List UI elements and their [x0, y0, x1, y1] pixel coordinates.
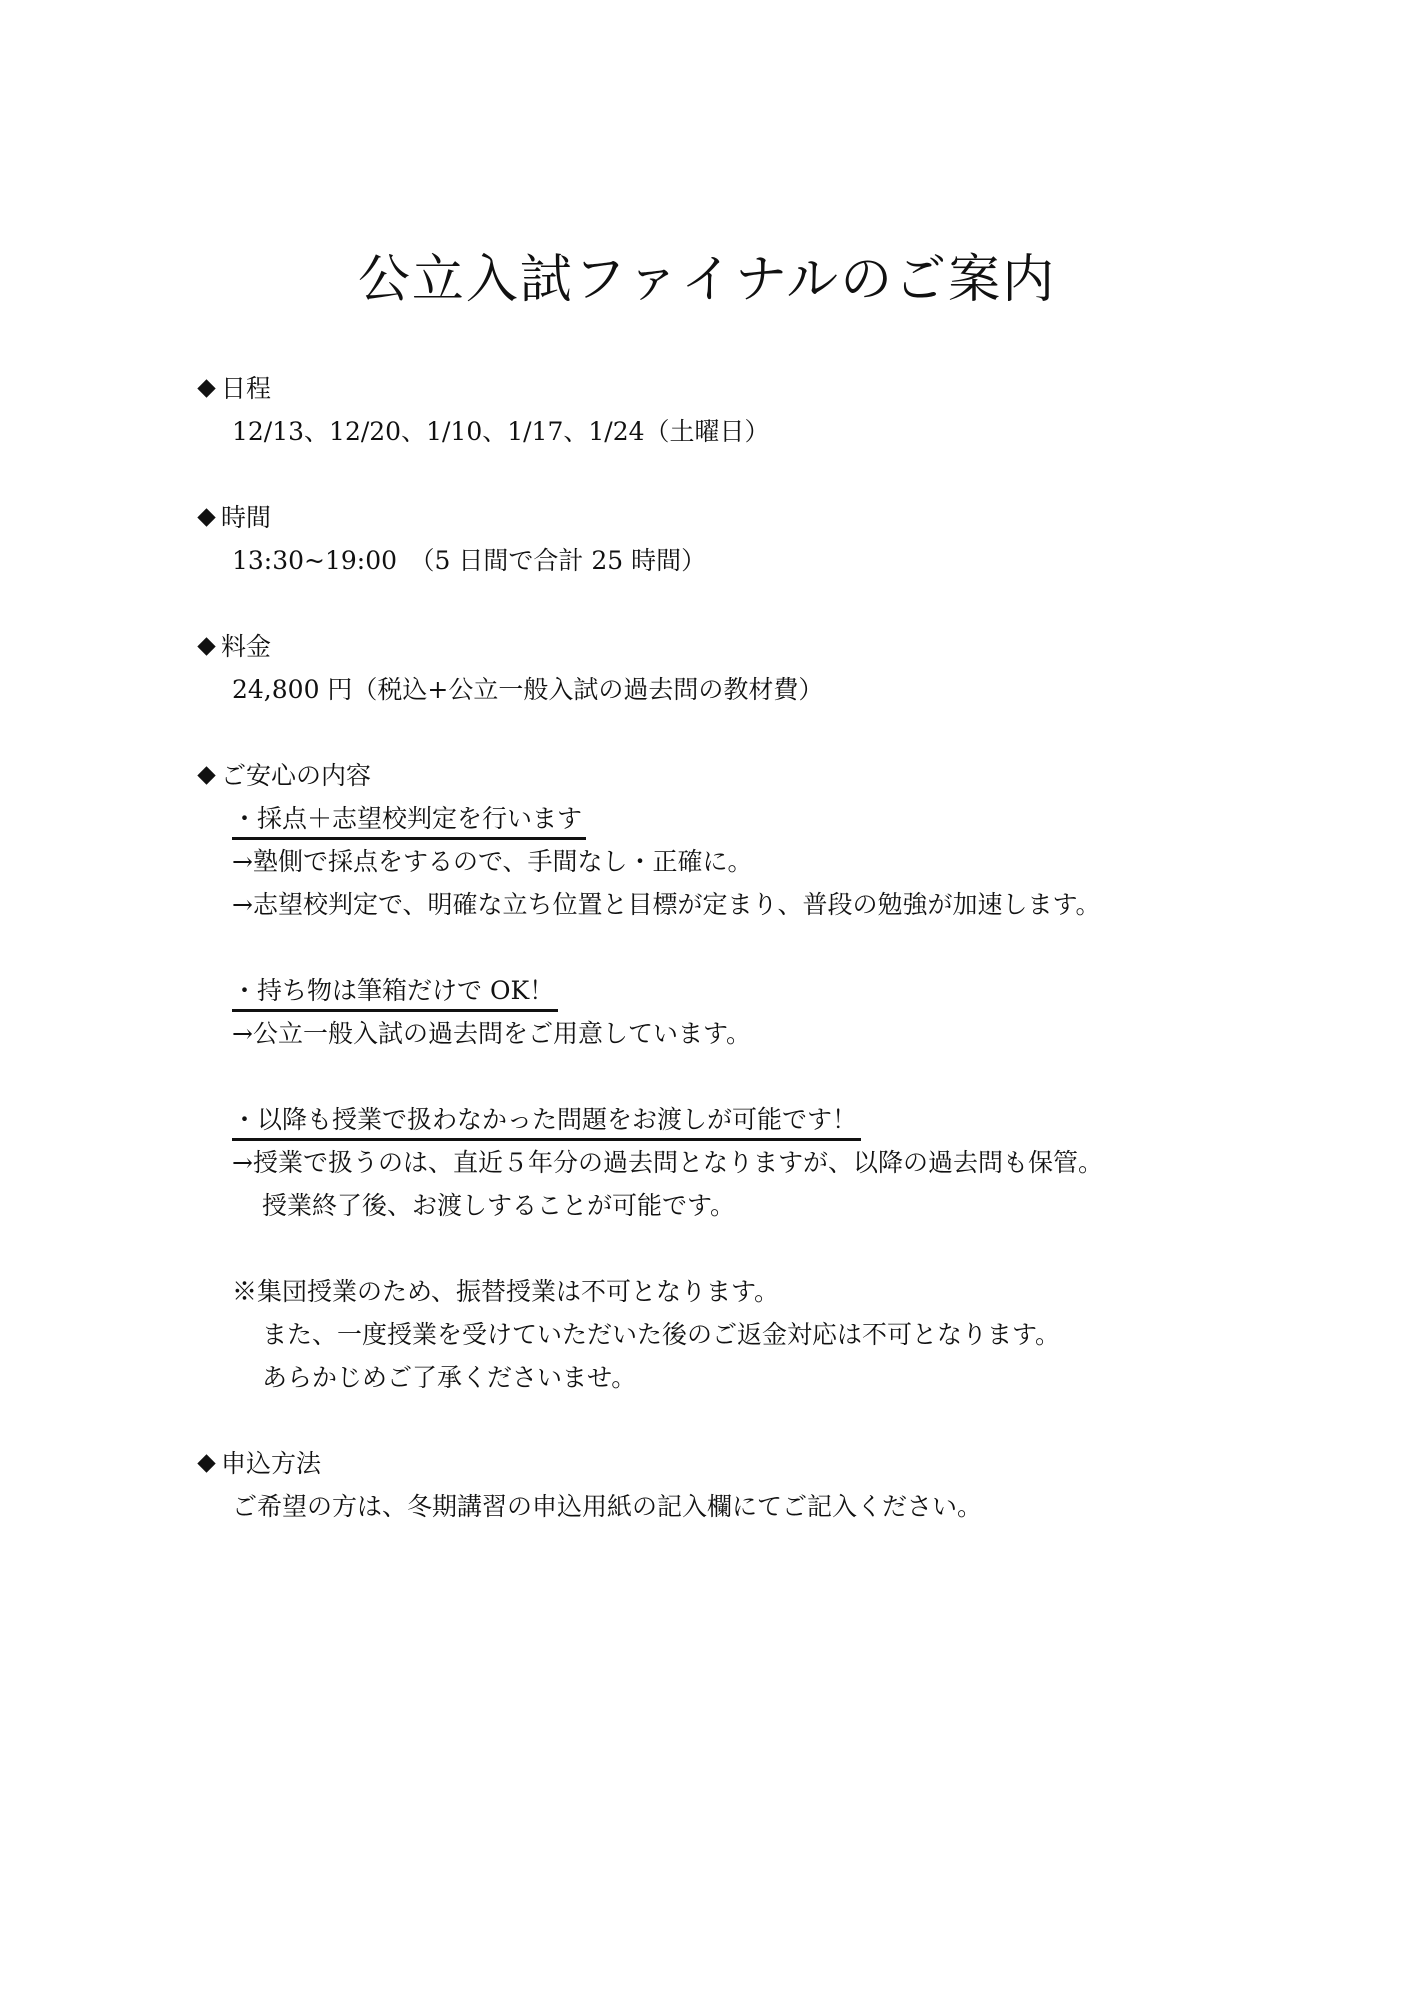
section-header: 申込方法 [196, 1442, 1246, 1485]
section-title: ご安心の内容 [221, 754, 371, 797]
feature-detail: →志望校判定で、明確な立ち位置と目標が定まり、普段の勉強が加速します。 [196, 883, 1246, 926]
section-header: 料金 [196, 625, 1246, 668]
feature-detail: →公立一般入試の過去問をご用意しています。 [196, 1012, 1246, 1055]
diamond-bullet-icon [197, 508, 215, 526]
section-features: ご安心の内容 ・採点＋志望校判定を行います →塾側で採点をするので、手間なし・正… [196, 754, 1246, 1399]
notes-block: ※集団授業のため、振替授業は不可となります。 また、一度授業を受けていただいた後… [196, 1270, 1246, 1399]
section-title: 申込方法 [221, 1442, 321, 1485]
section-header: 日程 [196, 367, 1246, 410]
page-title: 公立入試ファイナルのご案内 [0, 245, 1414, 315]
section-fee: 料金 24,800 円（税込+公立一般入試の過去問の教材費） [196, 625, 1246, 711]
feature-heading: ・採点＋志望校判定を行います [196, 797, 1246, 840]
section-time: 時間 13:30~19:00 （5 日間で合計 25 時間） [196, 496, 1246, 582]
section-title: 日程 [221, 367, 271, 410]
schedule-dates: 12/13、12/20、1/10、1/17、1/24（土曜日） [196, 410, 1246, 453]
document-body: 日程 12/13、12/20、1/10、1/17、1/24（土曜日） 時間 13… [196, 367, 1246, 1571]
application-instructions: ご希望の方は、冬期講習の申込用紙の記入欄にてご記入ください。 [196, 1485, 1246, 1528]
section-header: ご安心の内容 [196, 754, 1246, 797]
section-title: 料金 [221, 625, 271, 668]
note-line: ※集団授業のため、振替授業は不可となります。 [196, 1270, 1246, 1313]
section-header: 時間 [196, 496, 1246, 539]
feature-heading: ・以降も授業で扱わなかった問題をお渡しが可能です！ [196, 1098, 1246, 1141]
feature-item: ・採点＋志望校判定を行います →塾側で採点をするので、手間なし・正確に。 →志望… [196, 797, 1246, 926]
diamond-bullet-icon [197, 766, 215, 784]
diamond-bullet-icon [197, 1454, 215, 1472]
note-line: また、一度授業を受けていただいた後のご返金対応は不可となります。 [196, 1313, 1246, 1356]
feature-item: ・持ち物は筆箱だけで OK！ →公立一般入試の過去問をご用意しています。 [196, 969, 1246, 1055]
diamond-bullet-icon [197, 379, 215, 397]
fee-amount: 24,800 円（税込+公立一般入試の過去問の教材費） [196, 668, 1246, 711]
diamond-bullet-icon [197, 637, 215, 655]
feature-detail: →授業で扱うのは、直近５年分の過去問となりますが、以降の過去問も保管。 [196, 1141, 1246, 1184]
document-page: 公立入試ファイナルのご案内 日程 12/13、12/20、1/10、1/17、1… [0, 0, 1414, 2000]
feature-detail: 授業終了後、お渡しすることが可能です。 [196, 1184, 1246, 1227]
feature-heading: ・持ち物は筆箱だけで OK！ [196, 969, 1246, 1012]
section-title: 時間 [221, 496, 271, 539]
note-line: あらかじめご了承くださいませ。 [196, 1356, 1246, 1399]
feature-item: ・以降も授業で扱わなかった問題をお渡しが可能です！ →授業で扱うのは、直近５年分… [196, 1098, 1246, 1227]
feature-detail: →塾側で採点をするので、手間なし・正確に。 [196, 840, 1246, 883]
section-application: 申込方法 ご希望の方は、冬期講習の申込用紙の記入欄にてご記入ください。 [196, 1442, 1246, 1528]
time-range: 13:30~19:00 （5 日間で合計 25 時間） [196, 539, 1246, 582]
section-schedule: 日程 12/13、12/20、1/10、1/17、1/24（土曜日） [196, 367, 1246, 453]
